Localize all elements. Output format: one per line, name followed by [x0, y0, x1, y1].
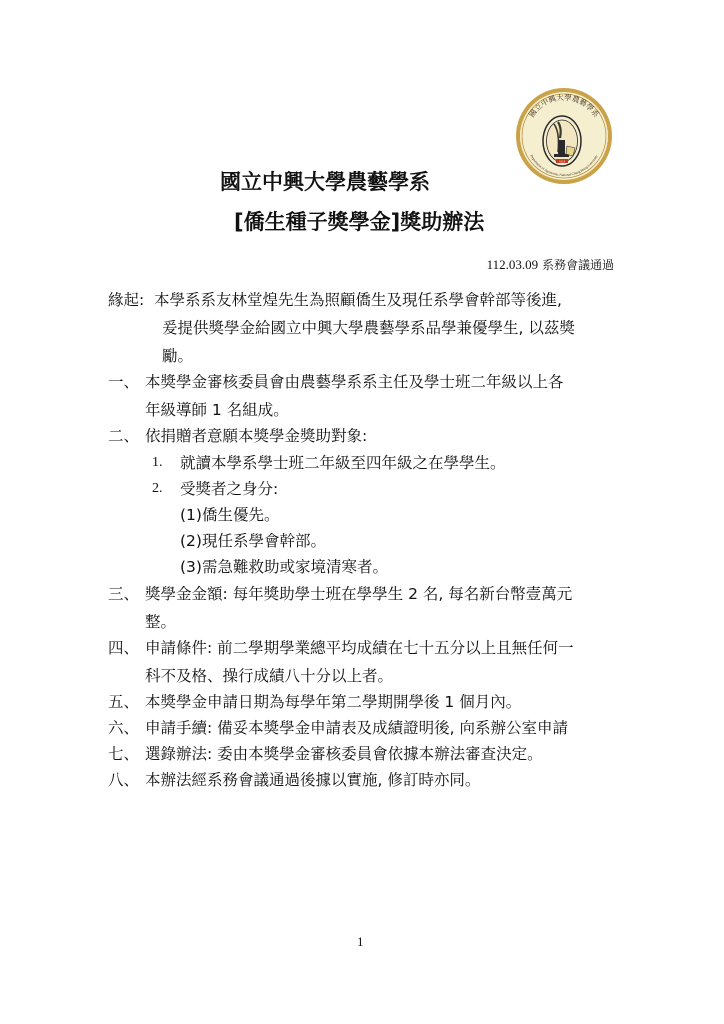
- article-text: 申請條件: 前二學期學業總平均成績在七十五分以上且無任何一: [145, 636, 574, 660]
- article-number: 八、: [108, 768, 139, 792]
- subsubitem-text: (1)僑生優先。: [180, 503, 279, 527]
- subitem-number: 1.: [152, 451, 163, 475]
- origin-line: 爰提供獎學金給國立中興大學農藝學系品學兼優學生, 以茲獎: [162, 316, 575, 340]
- origin-line: 勵。: [162, 344, 193, 368]
- article-number: 三、: [108, 582, 139, 606]
- subsubitem-text: (2)現任系學會幹部。: [180, 529, 326, 553]
- article-text: 整。: [145, 610, 176, 634]
- document-page: 1919 國立中興大學農藝學系 Department of Agronomy, …: [0, 0, 724, 1024]
- origin-line: 本學系系友林堂煌先生為照顧僑生及現任系學會幹部等後進,: [154, 288, 562, 312]
- subitem-text: 就讀本學系學士班二年級至四年級之在學學生。: [180, 451, 506, 475]
- page-number: 1: [357, 934, 364, 950]
- subsubitem-text: (3)需急難救助或家境清寒者。: [180, 555, 388, 579]
- document-subtitle: [僑生種子獎學金]獎助辦法: [234, 206, 534, 236]
- approval-date: 112.03.09: [487, 257, 539, 272]
- article-text: 科不及格、操行成績八十分以上者。: [145, 664, 393, 688]
- article-text: 獎學金金額: 每年獎助學士班在學學生 2 名, 每名新台幣壹萬元: [145, 582, 572, 606]
- article-text: 選錄辦法: 委由本獎學金審核委員會依據本辦法審查決定。: [145, 742, 543, 766]
- article-text: 本獎學金申請日期為每學年第二學期開學後 1 個月內。: [145, 690, 521, 714]
- article-number: 七、: [108, 742, 139, 766]
- article-text: 本辦法經系務會議通過後據以實施, 修訂時亦同。: [145, 768, 480, 792]
- origin-label: 緣起:: [108, 288, 144, 312]
- article-number: 二、: [108, 424, 139, 448]
- article-text: 依捐贈者意願本獎學金獎助對象:: [145, 424, 367, 448]
- article-text: 年級導師 1 名組成。: [145, 398, 289, 422]
- article-text: 本獎學金審核委員會由農藝學系系主任及學士班二年級以上各: [145, 370, 564, 394]
- article-number: 一、: [108, 370, 139, 394]
- approval-note: 112.03.09 系務會議通過: [487, 256, 614, 273]
- subitem-text: 受獎者之身分:: [180, 477, 278, 501]
- approval-text: 系務會議通過: [538, 258, 614, 272]
- article-number: 五、: [108, 690, 139, 714]
- subitem-number: 2.: [152, 477, 163, 501]
- article-text: 申請手續: 備妥本獎學金申請表及成績證明後, 向系辦公室申請: [145, 716, 568, 740]
- department-seal-logo: 1919 國立中興大學農藝學系 Department of Agronomy, …: [512, 86, 616, 186]
- article-number: 六、: [108, 716, 139, 740]
- svg-text:1919: 1919: [559, 159, 566, 163]
- document-title: 國立中興大學農藝學系: [220, 166, 520, 196]
- article-number: 四、: [108, 636, 139, 660]
